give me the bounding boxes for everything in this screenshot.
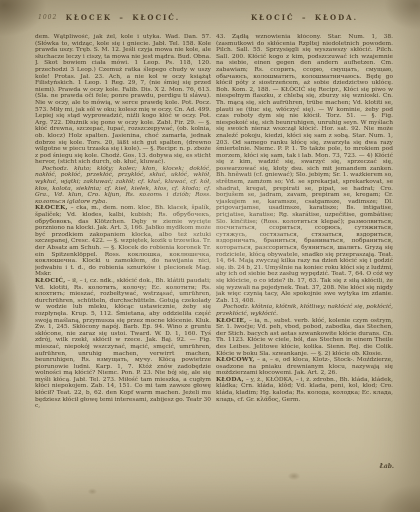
dictionary-entry-paragraph: KŁODA, – y, ż., KŁÓDKA, – i, ż. zdrobn.,…	[216, 377, 393, 403]
text-paragraph: 43. Żądłą wznowienia kłócony. Star. Num.…	[216, 34, 393, 304]
dictionary-entry-paragraph: KŁOCIĆ, – ił, – i, cz. ndk., skłócić dok…	[35, 278, 211, 410]
text-paragraph: Pochodz. kłuto; kłóty; kolec; kłon, kloc…	[35, 166, 211, 206]
text-column-left: dem. Wątpliwość, jak żel, kole i utyka. …	[35, 34, 211, 464]
entry-headword: KŁOCOWY,	[216, 356, 255, 363]
scanned-dictionary-page: 1002 KŁOCEK – KŁOCIĆ. KŁOCIĆ – KŁODA. de…	[0, 0, 420, 512]
catchword: Łab.	[380, 463, 394, 470]
dictionary-entry-paragraph: KŁOCIE, – ia, n., subst. verb. kłóć, kol…	[216, 318, 393, 358]
running-head-left: KŁOCEK – KŁOCIĆ.	[35, 13, 211, 22]
dictionary-entry-paragraph: KŁOCEK, – cka, m., dem. nom. kloc, Bh. k…	[35, 205, 211, 278]
entry-headword: KŁOCIĆ,	[35, 277, 66, 284]
dictionary-entry-paragraph: KŁOCOWY, – a, – e, od kloca, Klotz-, Sto…	[216, 357, 393, 377]
entry-headword: KŁOCEK,	[35, 204, 68, 211]
entry-headword: KŁODA,	[216, 376, 244, 383]
text-column-right: 43. Żądłą wznowienia kłócony. Star. Num.…	[216, 34, 393, 464]
running-head-right: KŁOCIĆ – KŁODA.	[216, 13, 393, 22]
entry-headword: KŁOCIE,	[216, 317, 247, 324]
text-paragraph: dem. Wątpliwość, jak żel, kole i utyka. …	[35, 34, 211, 166]
